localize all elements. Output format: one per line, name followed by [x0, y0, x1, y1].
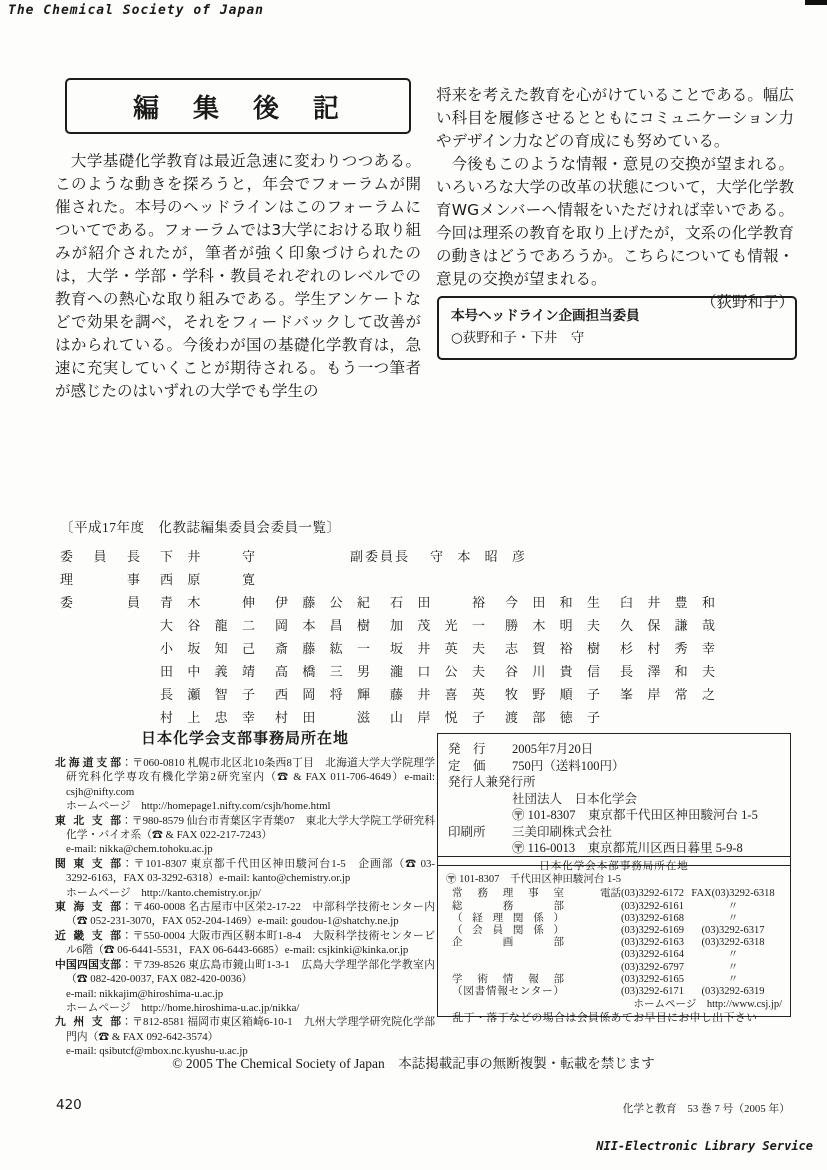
scan-artifact [805, 0, 827, 5]
office-dept-label: （会員関係） [446, 925, 564, 937]
office-phone-number: (03)3292-6164 [564, 949, 684, 961]
committee-member-name: 志賀裕樹 [505, 637, 600, 660]
editorial-title-box: 編 集 後 記 [65, 78, 411, 134]
director-label: 理 事 [60, 568, 140, 591]
branch-section-title: 日本化学会支部事務局所在地 [55, 727, 435, 748]
branch-name: 東海支部 [55, 900, 121, 914]
branch-name: 関東支部 [55, 857, 121, 871]
branch-extra-line: e-mail: nikkajim@hiroshima-u.ac.jp [66, 987, 435, 1001]
office-dept-label: 学術情報部 [446, 974, 564, 986]
office-fax-number: 〃 [684, 962, 782, 974]
editorial-right-column: 将来を考えた教育を心がけていることである。幅広い科目を履修させるとともにコミュニ… [436, 84, 794, 314]
defect-notice: 乱丁・落丁などの場合は会員係あてお早目にお申し出下さい [437, 1010, 773, 1025]
committee-member-name: 田中義靖 [160, 660, 255, 683]
publication-value: 社団法人 日本化学会 [512, 791, 637, 808]
office-fax-number: 〃 [684, 913, 782, 925]
publication-row: 印刷所三美印刷株式会社 [448, 824, 780, 841]
branch-name: 東北支部 [55, 814, 121, 828]
library-stamp: The Chemical Society of Japan [8, 3, 264, 18]
office-dept-label: 常務理事室 [446, 888, 564, 900]
branch-name: 北海道支部 [55, 756, 121, 770]
committee-member-name: 瀧口公夫 [390, 660, 485, 683]
committee-member-rows: 委 員青木 伸伊藤公紀石田 裕今田和生臼井豊和大谷龍二岡本昌樹加茂光一勝木明夫久… [60, 591, 790, 729]
branch-offices-section: 日本化学会支部事務局所在地 北海道支部：〒060-0810 札幌市北区北10条西… [55, 727, 435, 1059]
editorial-title: 編 集 後 記 [133, 88, 343, 125]
publication-label: 発 行 [448, 741, 512, 758]
office-fax-number: FAX(03)3292-6318 [684, 888, 782, 900]
branch-entry: 関東支部：〒101-8307 東京都千代田区神田駿河台1-5 企画部（☎ 03-… [55, 857, 435, 900]
committee-member-row: 田中義靖高橋三男瀧口公夫谷川貴信長澤和夫 [60, 660, 790, 683]
publication-label [448, 791, 512, 808]
branch-name: 中国四国支部 [55, 958, 121, 972]
committee-member-name: 長瀬智子 [160, 683, 255, 706]
office-phone-row: 学術情報部(03)3292-6165〃 [446, 974, 782, 986]
publication-value: 三美印刷株式会社 [512, 824, 612, 841]
committee-director-row: 理 事 西原 寛 [60, 568, 790, 591]
committee-member-name: 高橋三男 [275, 660, 370, 683]
committee-member-name: 渡部徳子 [505, 706, 600, 729]
publication-row: 発 行2005年7月20日 [448, 741, 780, 758]
office-phone-number: (03)3292-6168 [564, 913, 684, 925]
branch-entry: 東海支部：〒460-0008 名古屋市中区栄2-17-22 中部科学技術センター… [55, 900, 435, 929]
committee-member-name: 坂井英夫 [390, 637, 485, 660]
publication-label: 発行人兼発行所 [448, 774, 512, 791]
office-phone-number: 電話(03)3292-6172 [564, 888, 684, 900]
editorial-paragraph-right-2: 今後もこのような情報・意見の交換が望まれる。いろいろな大学の改革の状態について，… [436, 153, 794, 291]
editorial-paragraph-right-1: 将来を考えた教育を心がけていることである。幅広い科目を履修させるとともにコミュニ… [436, 84, 794, 153]
office-fax-number: (03)3292-6318 [684, 937, 782, 949]
committee-role-label [60, 660, 140, 683]
office-phone-row: （会員関係）(03)3292-6169(03)3292-6317 [446, 925, 782, 937]
office-fax-number: 〃 [684, 949, 782, 961]
committee-member-name: 村田 滋 [275, 706, 370, 729]
branch-entry: 近畿支部：〒550-0004 大阪市西区靭本町1-8-4 大阪科学技術センタービ… [55, 929, 435, 958]
publication-row: 社団法人 日本化学会 [448, 791, 780, 808]
publication-row: 定 価750円（送料100円） [448, 758, 780, 775]
branch-list: 北海道支部：〒060-0810 札幌市北区北10条西8丁目 北海道大学大学院理学… [55, 756, 435, 1059]
office-dept-label: 企画部 [446, 937, 564, 949]
office-fax-number: (03)3292-6317 [684, 925, 782, 937]
office-dept-label [446, 949, 564, 961]
journal-reference: 化学と教育 53 巻 7 号（2005 年） [623, 1101, 790, 1116]
committee-member-name: 山岸悦子 [390, 706, 485, 729]
committee-member-name [620, 706, 715, 729]
copyright-line: © 2005 The Chemical Society of Japan 本誌掲… [0, 1052, 827, 1072]
chair-label: 委員長 [60, 545, 140, 568]
committee-member-name: 牧野順子 [505, 683, 600, 706]
committee-member-name: 石田 裕 [390, 591, 485, 614]
office-phone-number: (03)3292-6161 [564, 901, 684, 913]
branch-name: 近畿支部 [55, 929, 121, 943]
committee-member-row: 村上忠幸村田 滋山岸悦子渡部徳子 [60, 706, 790, 729]
committee-role-label: 委 員 [60, 591, 140, 614]
committee-member-name: 大谷龍二 [160, 614, 255, 637]
committee-role-label [60, 706, 140, 729]
editorial-paragraph-left: 大学基礎化学教育は最近急速に変わりつつある。このような動きを探ろうと，年会でフォ… [55, 150, 421, 403]
branch-entry: 中国四国支部：〒739-8526 東広島市鏡山町1-3-1 広島大学理学部化学教… [55, 958, 435, 1016]
committee-member-name: 村上忠幸 [160, 706, 255, 729]
office-phone-row: （経理関係）(03)3292-6168〃 [446, 913, 782, 925]
nii-library-stamp: NII-Electronic Library Service [596, 1139, 813, 1153]
branch-extra-line: ホームページ http://home.hiroshima-u.ac.jp/nik… [66, 1001, 435, 1015]
branch-entry: 東北支部：〒980-8579 仙台市青葉区字青葉07 東北大学大学院工学研究科化… [55, 814, 435, 857]
office-phone-number: (03)3292-6169 [564, 925, 684, 937]
committee-member-name: 峯岸常之 [620, 683, 715, 706]
head-office-title: 日本化学会本部事務局所在地 [446, 861, 782, 873]
publication-label [448, 807, 512, 824]
committee-role-label [60, 683, 140, 706]
office-phone-row: 企画部(03)3292-6163(03)3292-6318 [446, 937, 782, 949]
publication-info-box: 発 行2005年7月20日定 価750円（送料100円）発行人兼発行所社団法人 … [437, 733, 791, 866]
committee-member-name: 勝木明夫 [505, 614, 600, 637]
office-phone-row: （図書情報センター）(03)3292-6171(03)3292-6319 [446, 986, 782, 998]
branch-extra-line: ホームページ http://homepage1.nifty.com/csjh/h… [66, 799, 435, 813]
vice-chair-label: 副委員長 [350, 545, 410, 568]
vice-chair-name: 守本昭彦 [430, 545, 525, 568]
committee-chair-row: 委員長 下井 守 副委員長 守本昭彦 [60, 545, 790, 568]
head-office-box: 日本化学会本部事務局所在地 〶 101-8307 千代田区神田駿河台 1-5 常… [437, 856, 791, 1017]
office-dept-label [446, 962, 564, 974]
committee-member-name: 加茂光一 [390, 614, 485, 637]
office-dept-label: （図書情報センター） [446, 986, 564, 998]
publication-label [448, 840, 512, 857]
office-phone-row: 総務部(03)3292-6161〃 [446, 901, 782, 913]
branch-extra-line: ホームページ http://kanto.chemistry.or.jp/ [66, 886, 435, 900]
branch-name: 九州支部 [55, 1015, 121, 1029]
committee-section: 〔平成17年度 化教誌編集委員会委員一覧〕 委員長 下井 守 副委員長 守本昭彦… [60, 516, 790, 729]
committee-member-name: 今田和生 [505, 591, 600, 614]
publication-label: 印刷所 [448, 824, 512, 841]
headline-box-title: 本号ヘッドライン企画担当委員 [451, 305, 783, 327]
committee-member-name: 斎藤紘一 [275, 637, 370, 660]
committee-member-name: 杉村秀幸 [620, 637, 715, 660]
office-fax-number: 〃 [684, 974, 782, 986]
document-page: The Chemical Society of Japan 編 集 後 記 大学… [0, 0, 827, 1170]
head-office-address: 〶 101-8307 千代田区神田駿河台 1-5 [446, 874, 782, 886]
publication-row: 発行人兼発行所 [448, 774, 780, 791]
publication-row: 〶 101-8307 東京都千代田区神田駿河台 1-5 [448, 807, 780, 824]
committee-member-name: 西岡将輝 [275, 683, 370, 706]
committee-member-row: 小坂知己斎藤紘一坂井英夫志賀裕樹杉村秀幸 [60, 637, 790, 660]
committee-member-name: 小坂知己 [160, 637, 255, 660]
committee-member-name: 藤井喜英 [390, 683, 485, 706]
publication-value: 〶 101-8307 東京都千代田区神田駿河台 1-5 [512, 807, 758, 824]
chair-name: 下井 守 [160, 545, 255, 568]
committee-member-name: 久保謙哉 [620, 614, 715, 637]
publication-value: 750円（送料100円） [512, 758, 625, 775]
office-phone-row: 常務理事室電話(03)3292-6172FAX(03)3292-6318 [446, 888, 782, 900]
publication-value: 〶 116-0013 東京都荒川区西日暮里 5-9-8 [512, 840, 743, 857]
committee-member-name: 長澤和夫 [620, 660, 715, 683]
office-phone-number: (03)3292-6171 [564, 986, 684, 998]
publication-label: 定 価 [448, 758, 512, 775]
publication-rows: 発 行2005年7月20日定 価750円（送料100円）発行人兼発行所社団法人 … [448, 741, 780, 857]
publication-value: 2005年7月20日 [512, 741, 593, 758]
office-fax-number: 〃 [684, 901, 782, 913]
page-number: 420 [56, 1097, 82, 1113]
committee-member-name: 谷川貴信 [505, 660, 600, 683]
office-phone-number: (03)3292-6163 [564, 937, 684, 949]
committee-member-name: 伊藤公紀 [275, 591, 370, 614]
office-dept-label: （経理関係） [446, 913, 564, 925]
branch-extra-line: e-mail: nikka@chem.tohoku.ac.jp [66, 842, 435, 856]
head-office-phone-rows: 常務理事室電話(03)3292-6172FAX(03)3292-6318総務部(… [446, 888, 782, 998]
committee-member-row: 委 員青木 伸伊藤公紀石田 裕今田和生臼井豊和 [60, 591, 790, 614]
director-name: 西原 寛 [160, 568, 255, 591]
committee-heading: 〔平成17年度 化教誌編集委員会委員一覧〕 [60, 516, 790, 536]
publication-row: 〶 116-0013 東京都荒川区西日暮里 5-9-8 [448, 840, 780, 857]
committee-member-row: 大谷龍二岡本昌樹加茂光一勝木明夫久保謙哉 [60, 614, 790, 637]
office-phone-number: (03)3292-6797 [564, 962, 684, 974]
headline-box-members: ○荻野和子・下井 守 [451, 327, 783, 349]
committee-member-row: 長瀬智子西岡将輝藤井喜英牧野順子峯岸常之 [60, 683, 790, 706]
headline-committee-box: 本号ヘッドライン企画担当委員 ○荻野和子・下井 守 [437, 296, 797, 360]
committee-member-name: 臼井豊和 [620, 591, 715, 614]
office-phone-number: (03)3292-6165 [564, 974, 684, 986]
office-phone-row: (03)3292-6164〃 [446, 949, 782, 961]
editorial-left-column: 大学基礎化学教育は最近急速に変わりつつある。このような動きを探ろうと，年会でフォ… [55, 150, 421, 403]
committee-role-label [60, 614, 140, 637]
office-fax-number: (03)3292-6319 [684, 986, 782, 998]
office-phone-row: (03)3292-6797〃 [446, 962, 782, 974]
committee-member-name: 岡本昌樹 [275, 614, 370, 637]
committee-member-name: 青木 伸 [160, 591, 255, 614]
branch-entry: 北海道支部：〒060-0810 札幌市北区北10条西8丁目 北海道大学大学院理学… [55, 756, 435, 814]
office-dept-label: 総務部 [446, 901, 564, 913]
committee-role-label [60, 637, 140, 660]
